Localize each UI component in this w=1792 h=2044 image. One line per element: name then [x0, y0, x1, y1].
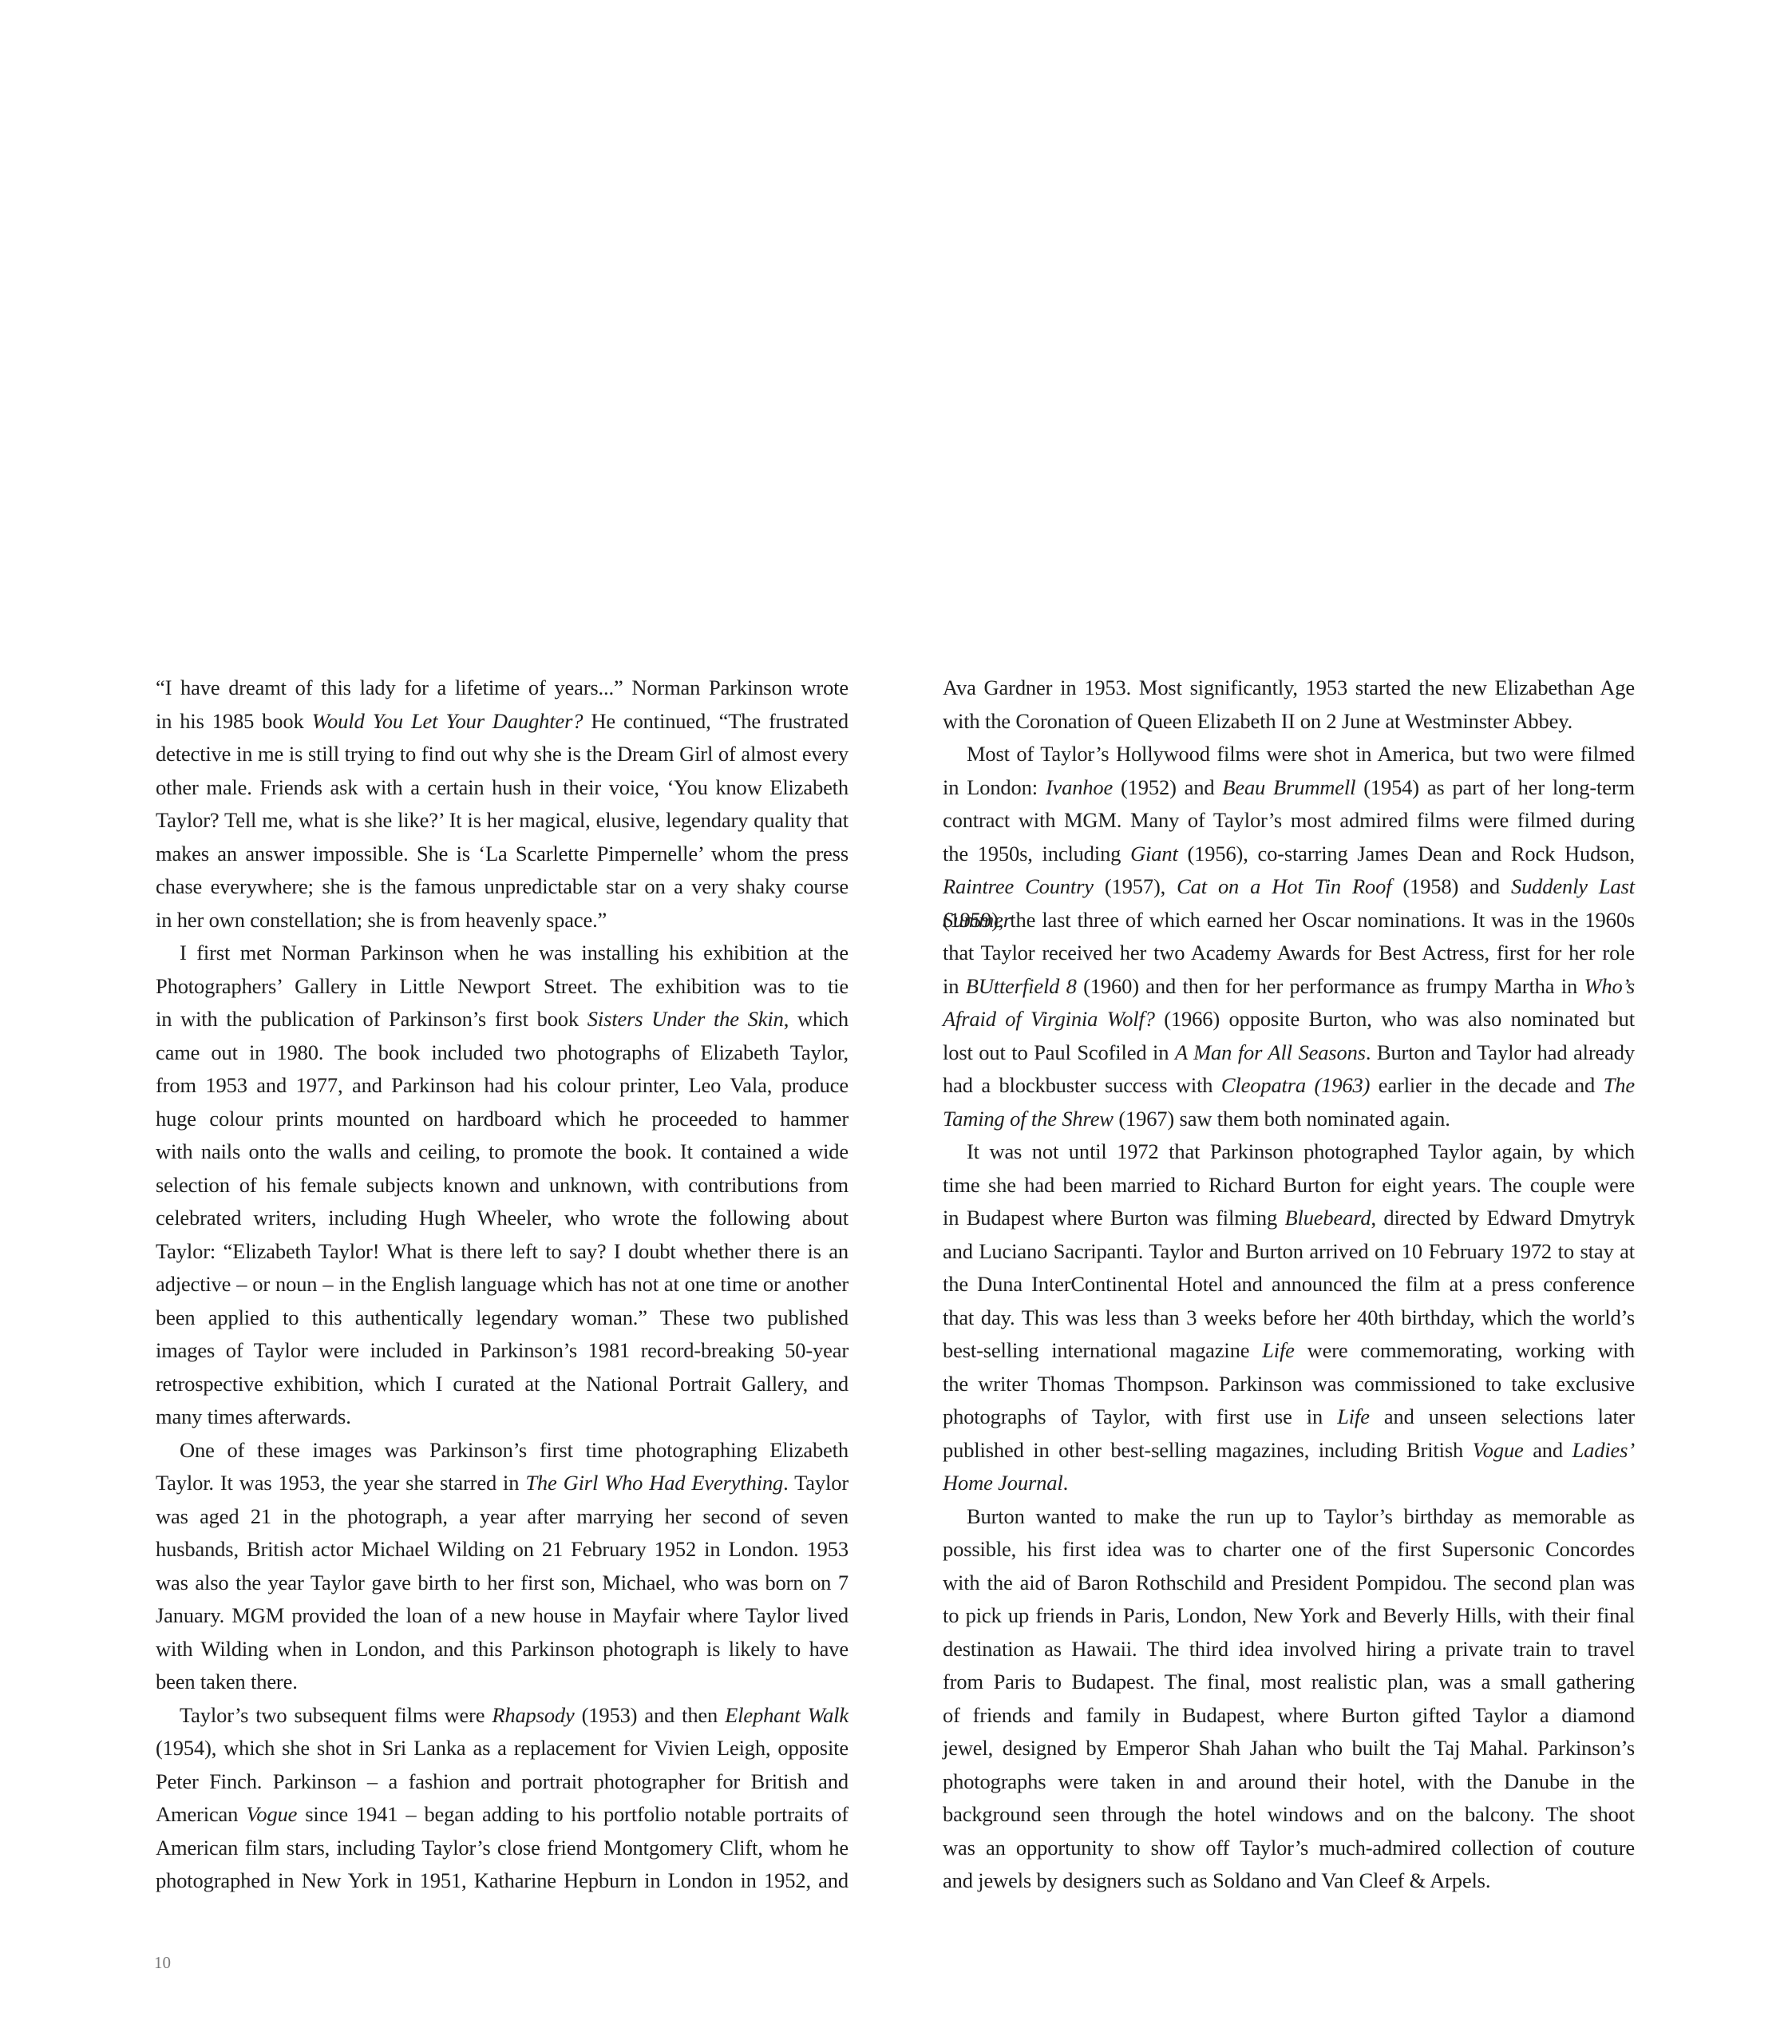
text-line: in London: Ivanhoe (1952) and Beau Brumm… [943, 771, 1635, 805]
text-line: photographed in New York in 1951, Kathar… [156, 1864, 849, 1898]
text-line: (1959), the last three of which earned h… [943, 904, 1635, 937]
text-run: in Budapest where Burton was filming [943, 1206, 1284, 1230]
text-line: was an opportunity to show off Taylor’s … [943, 1832, 1635, 1865]
text-run: of friends and family in Budapest, where… [943, 1703, 1635, 1727]
text-run: earlier in the decade and [1370, 1073, 1603, 1097]
text-run: Ava Gardner in 1953. Most significantly,… [943, 675, 1635, 699]
italic-title: Raintree Country [943, 874, 1094, 898]
italic-title: Sisters Under the Skin [587, 1007, 784, 1031]
text-run: from Paris to Budapest. The final, most … [943, 1670, 1635, 1693]
italic-title: Cat on a Hot Tin Roof [1177, 874, 1391, 898]
text-run: One of these images was Parkinson’s firs… [180, 1438, 849, 1462]
text-run: that Taylor received her two Academy Awa… [943, 941, 1635, 965]
text-run: were commemorating, working with [1295, 1338, 1635, 1362]
text-run: (1958) and [1391, 874, 1511, 898]
italic-title: A Man for All Seasons [1175, 1040, 1366, 1064]
text-line: best-selling international magazine Life… [943, 1334, 1635, 1368]
text-run: photographed in New York in 1951, Kathar… [156, 1868, 849, 1892]
text-run: (1959), the last three of which earned h… [943, 908, 1635, 932]
text-line: in Budapest where Burton was filming Blu… [943, 1202, 1635, 1235]
text-run: Taylor. It was 1953, the year she starre… [156, 1471, 525, 1495]
text-run: husbands, British actor Michael Wilding … [156, 1537, 849, 1561]
text-line: the writer Thomas Thompson. Parkinson wa… [943, 1368, 1635, 1401]
text-run: lost out to Paul Scofiled in [943, 1040, 1175, 1064]
italic-title: Giant [1130, 842, 1178, 866]
text-run: since 1941 – began adding to his portfol… [297, 1802, 849, 1826]
text-line: with the Coronation of Queen Elizabeth I… [943, 705, 1635, 739]
text-run: Taylor’s two subsequent films were [180, 1703, 492, 1727]
text-run: photographs were taken in and around the… [943, 1769, 1635, 1793]
text-line: adjective – or noun – in the English lan… [156, 1268, 849, 1301]
text-line: chase everywhere; she is the famous unpr… [156, 870, 849, 904]
text-line: that Taylor received her two Academy Awa… [943, 937, 1635, 970]
text-line: other male. Friends ask with a certain h… [156, 771, 849, 805]
text-line: Home Journal. [943, 1467, 1635, 1500]
italic-title: Taming of the Shrew [943, 1107, 1114, 1131]
text-run: images of Taylor were included in Parkin… [156, 1338, 849, 1362]
text-line: in her own constellation; she is from he… [156, 904, 849, 937]
text-run: from 1953 and 1977, and Parkinson had hi… [156, 1073, 849, 1097]
right-text-column: Ava Gardner in 1953. Most significantly,… [943, 671, 1635, 1898]
text-run: Taylor: “Elizabeth Taylor! What is there… [156, 1239, 849, 1263]
text-run: detective in me is still trying to find … [156, 742, 849, 766]
text-run: that day. This was less than 3 weeks bef… [943, 1305, 1635, 1329]
italic-title: Ladies’ [1572, 1438, 1635, 1462]
text-run: was an opportunity to show off Taylor’s … [943, 1836, 1635, 1860]
text-run: with nails onto the walls and ceiling, t… [156, 1139, 849, 1163]
text-line: destination as Hawaii. The third idea in… [943, 1633, 1635, 1666]
text-run: and jewels by designers such as Soldano … [943, 1868, 1490, 1892]
text-run: . [1063, 1471, 1068, 1495]
text-run: contract with MGM. Many of Taylor’s most… [943, 808, 1635, 832]
text-line: contract with MGM. Many of Taylor’s most… [943, 804, 1635, 838]
text-line: detective in me is still trying to find … [156, 738, 849, 771]
text-run: had a blockbuster success with [943, 1073, 1221, 1097]
text-line: makes an answer impossible. She is ‘La S… [156, 838, 849, 871]
text-run: (1954) as part of her long-term [1355, 775, 1635, 799]
text-line: husbands, British actor Michael Wilding … [156, 1533, 849, 1567]
text-line: and Luciano Sacripanti. Taylor and Burto… [943, 1235, 1635, 1269]
text-run: Taylor? Tell me, what is she like?’ It i… [156, 808, 849, 832]
italic-title: Vogue [1473, 1438, 1524, 1462]
text-run: the 1950s, including [943, 842, 1130, 866]
text-line: was aged 21 in the photograph, a year af… [156, 1500, 849, 1534]
text-line: photographs of Taylor, with first use in… [943, 1400, 1635, 1434]
text-line: jewel, designed by Emperor Shah Jahan wh… [943, 1732, 1635, 1765]
text-run: (1953) and then [575, 1703, 726, 1727]
text-run: with the Coronation of Queen Elizabeth I… [943, 709, 1572, 733]
text-line: Most of Taylor’s Hollywood films were sh… [943, 738, 1635, 771]
text-line: American film stars, including Taylor’s … [156, 1832, 849, 1865]
text-line: from 1953 and 1977, and Parkinson had hi… [156, 1069, 849, 1103]
text-run: Burton wanted to make the run up to Tayl… [967, 1504, 1635, 1528]
italic-title: Bluebeard [1284, 1206, 1371, 1230]
text-line: images of Taylor were included in Parkin… [156, 1334, 849, 1368]
italic-title: Vogue [246, 1802, 297, 1826]
text-line: Burton wanted to make the run up to Tayl… [943, 1500, 1635, 1534]
text-run: (1957), [1094, 874, 1177, 898]
text-run: in with the publication of Parkinson’s f… [156, 1007, 587, 1031]
italic-title: Who’s [1584, 974, 1635, 998]
text-line: was also the year Taylor gave birth to h… [156, 1567, 849, 1600]
text-line: background seen through the hotel window… [943, 1798, 1635, 1832]
text-run: in his 1985 book [156, 709, 312, 733]
text-line: with nails onto the walls and ceiling, t… [156, 1135, 849, 1169]
italic-title: Beau Brummell [1222, 775, 1355, 799]
text-run: possible, his first idea was to charter … [943, 1537, 1635, 1561]
text-run: and [1524, 1438, 1572, 1462]
text-run: . Taylor [783, 1471, 849, 1495]
text-line: Peter Finch. Parkinson – a fashion and p… [156, 1765, 849, 1799]
italic-title: Life [1262, 1338, 1295, 1362]
italic-title: Would You Let Your Daughter? [312, 709, 583, 733]
text-line: came out in 1980. The book included two … [156, 1036, 849, 1070]
text-run: in her own constellation; she is from he… [156, 908, 607, 932]
text-run: (1954), which she shot in Sri Lanka as a… [156, 1736, 849, 1760]
text-line: Taylor. It was 1953, the year she starre… [156, 1467, 849, 1500]
text-run: (1960) and then for her performance as f… [1077, 974, 1584, 998]
text-line: in BUtterfield 8 (1960) and then for her… [943, 970, 1635, 1004]
text-run: , directed by Edward Dmytryk [1371, 1206, 1635, 1230]
text-run: makes an answer impossible. She is ‘La S… [156, 842, 849, 866]
text-run: the Duna InterContinental Hotel and anno… [943, 1272, 1635, 1296]
text-line: to pick up friends in Paris, London, New… [943, 1599, 1635, 1633]
text-line: published in other best-selling magazine… [943, 1434, 1635, 1468]
text-line: January. MGM provided the loan of a new … [156, 1599, 849, 1633]
text-run: It was not until 1972 that Parkinson pho… [967, 1139, 1635, 1163]
text-line: Taming of the Shrew (1967) saw them both… [943, 1103, 1635, 1136]
text-run: I first met Norman Parkinson when he was… [180, 941, 849, 965]
text-run: many times afterwards. [156, 1404, 351, 1428]
text-line: from Paris to Budapest. The final, most … [943, 1666, 1635, 1699]
text-run: published in other best-selling magazine… [943, 1438, 1473, 1462]
text-run: destination as Hawaii. The third idea in… [943, 1637, 1635, 1661]
italic-title: Cleopatra (1963) [1221, 1073, 1370, 1097]
text-run: chase everywhere; she is the famous unpr… [156, 874, 849, 898]
text-run: was also the year Taylor gave birth to h… [156, 1571, 849, 1594]
text-run: with the aid of Baron Rothschild and Pre… [943, 1571, 1635, 1594]
text-run: January. MGM provided the loan of a new … [156, 1603, 849, 1627]
text-line: the 1950s, including Giant (1956), co-st… [943, 838, 1635, 871]
book-page: “I have dreamt of this lady for a lifeti… [0, 0, 1792, 2044]
italic-title: The [1604, 1073, 1635, 1097]
text-line: Taylor? Tell me, what is she like?’ It i… [156, 804, 849, 838]
text-line: Raintree Country (1957), Cat on a Hot Ti… [943, 870, 1635, 904]
text-run: adjective – or noun – in the English lan… [156, 1272, 849, 1296]
text-run: (1966) opposite Burton, who was also nom… [1155, 1007, 1635, 1031]
text-run: time she had been married to Richard Bur… [943, 1173, 1635, 1197]
left-text-column: “I have dreamt of this lady for a lifeti… [156, 671, 849, 1898]
italic-title: Rhapsody [492, 1703, 574, 1727]
text-run: retrospective exhibition, which I curate… [156, 1372, 849, 1396]
text-line: One of these images was Parkinson’s firs… [156, 1434, 849, 1468]
text-line: huge colour prints mounted on hardboard … [156, 1103, 849, 1136]
text-run: Peter Finch. Parkinson – a fashion and p… [156, 1769, 849, 1793]
text-line: many times afterwards. [156, 1400, 849, 1434]
text-line: had a blockbuster success with Cleopatra… [943, 1069, 1635, 1103]
text-line: in with the publication of Parkinson’s f… [156, 1003, 849, 1036]
text-run: and Luciano Sacripanti. Taylor and Burto… [943, 1239, 1635, 1263]
text-line: I first met Norman Parkinson when he was… [156, 937, 849, 970]
text-run: jewel, designed by Emperor Shah Jahan wh… [943, 1736, 1635, 1760]
text-line: time she had been married to Richard Bur… [943, 1169, 1635, 1202]
text-run: (1967) saw them both nominated again. [1114, 1107, 1450, 1131]
italic-title: Life [1337, 1404, 1370, 1428]
text-run: in London: [943, 775, 1046, 799]
text-line: been applied to this authentically legen… [156, 1301, 849, 1335]
text-run: background seen through the hotel window… [943, 1802, 1635, 1826]
text-line: the Duna InterContinental Hotel and anno… [943, 1268, 1635, 1301]
text-line: possible, his first idea was to charter … [943, 1533, 1635, 1567]
text-line: lost out to Paul Scofiled in A Man for A… [943, 1036, 1635, 1070]
text-run: in [943, 974, 966, 998]
text-run: other male. Friends ask with a certain h… [156, 775, 849, 799]
text-line: of friends and family in Budapest, where… [943, 1699, 1635, 1733]
italic-title: Home Journal [943, 1471, 1063, 1495]
text-line: selection of his female subjects known a… [156, 1169, 849, 1202]
text-run: selection of his female subjects known a… [156, 1173, 849, 1197]
text-run: Most of Taylor’s Hollywood films were sh… [967, 742, 1635, 766]
text-line: with Wilding when in London, and this Pa… [156, 1633, 849, 1666]
text-run: He continued, “The frustrated [583, 709, 849, 733]
text-line: “I have dreamt of this lady for a lifeti… [156, 671, 849, 705]
text-line: (1954), which she shot in Sri Lanka as a… [156, 1732, 849, 1765]
text-line: with the aid of Baron Rothschild and Pre… [943, 1567, 1635, 1600]
text-line: American Vogue since 1941 – began adding… [156, 1798, 849, 1832]
text-line: celebrated writers, including Hugh Wheel… [156, 1202, 849, 1235]
text-line: been taken there. [156, 1666, 849, 1699]
italic-title: Ivanhoe [1046, 775, 1113, 799]
text-line: photographs were taken in and around the… [943, 1765, 1635, 1799]
text-run: and unseen selections later [1370, 1404, 1635, 1428]
text-run: “I have dreamt of this lady for a lifeti… [156, 675, 849, 699]
italic-title: Afraid of Virginia Wolf? [943, 1007, 1155, 1031]
text-run: been taken there. [156, 1670, 298, 1693]
page-number: 10 [154, 1953, 171, 1973]
text-line: Ava Gardner in 1953. Most significantly,… [943, 671, 1635, 705]
italic-title: Elephant Walk [725, 1703, 849, 1727]
text-run: . Burton and Taylor had already [1366, 1040, 1635, 1064]
text-run: (1952) and [1113, 775, 1222, 799]
text-run: huge colour prints mounted on hardboard … [156, 1107, 849, 1131]
text-run: came out in 1980. The book included two … [156, 1040, 849, 1064]
text-line: retrospective exhibition, which I curate… [156, 1368, 849, 1401]
text-line: It was not until 1972 that Parkinson pho… [943, 1135, 1635, 1169]
text-run: (1956), co-starring James Dean and Rock … [1178, 842, 1635, 866]
text-run: celebrated writers, including Hugh Wheel… [156, 1206, 849, 1230]
text-line: and jewels by designers such as Soldano … [943, 1864, 1635, 1898]
text-run: American [156, 1802, 246, 1826]
text-line: Taylor: “Elizabeth Taylor! What is there… [156, 1235, 849, 1269]
text-run: , which [784, 1007, 849, 1031]
text-run: the writer Thomas Thompson. Parkinson wa… [943, 1372, 1635, 1396]
text-run: been applied to this authentically legen… [156, 1305, 849, 1329]
text-run: best-selling international magazine [943, 1338, 1262, 1362]
text-line: Afraid of Virginia Wolf? (1966) opposite… [943, 1003, 1635, 1036]
text-line: that day. This was less than 3 weeks bef… [943, 1301, 1635, 1335]
text-run: American film stars, including Taylor’s … [156, 1836, 849, 1860]
italic-title: BUtterfield 8 [966, 974, 1077, 998]
text-run: Photographers’ Gallery in Little Newport… [156, 974, 849, 998]
text-run: was aged 21 in the photograph, a year af… [156, 1504, 849, 1528]
text-run: photographs of Taylor, with first use in [943, 1404, 1337, 1428]
text-line: Photographers’ Gallery in Little Newport… [156, 970, 849, 1004]
text-line: Taylor’s two subsequent films were Rhaps… [156, 1699, 849, 1733]
italic-title: The Girl Who Had Everything [525, 1471, 783, 1495]
text-run: with Wilding when in London, and this Pa… [156, 1637, 849, 1661]
text-line: in his 1985 book Would You Let Your Daug… [156, 705, 849, 739]
text-run: to pick up friends in Paris, London, New… [943, 1603, 1635, 1627]
